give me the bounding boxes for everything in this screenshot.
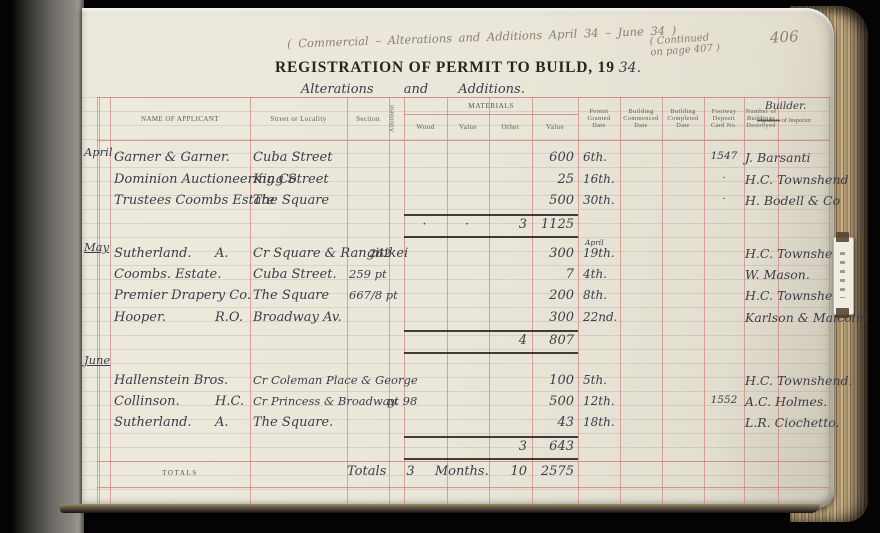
permit-granted-date: 12th. xyxy=(583,394,615,408)
ditto-dot: · xyxy=(447,217,487,232)
materials-value: 500 xyxy=(530,394,574,409)
facing-page-edge xyxy=(10,0,84,533)
subtotal-value: 807 xyxy=(530,333,574,348)
permit-granted-date: 6th. xyxy=(583,150,607,164)
header-other: Other xyxy=(489,123,532,131)
builder-name: L.R. Ciochetto. xyxy=(745,415,840,430)
subtotal-row: 4 807 xyxy=(97,333,830,354)
applicant-name: Hallenstein Bros. xyxy=(114,373,228,388)
materials-value: 43 xyxy=(530,415,574,430)
section-number: 262 xyxy=(369,246,391,260)
subtotal-rule xyxy=(404,214,578,216)
table-row: Trustees Coombs Estate The Square 500 30… xyxy=(97,193,830,214)
totals-handwritten-label: Totals 3 Months. xyxy=(347,464,489,479)
applicant-name: Premier Drapery Co. xyxy=(114,288,251,303)
materials-value: 100 xyxy=(530,373,574,388)
table-row: Sutherland. A. Cr Square & Rangitikei 26… xyxy=(97,246,830,267)
pencil-continued-note: ( Continued on page 407 ) xyxy=(649,32,720,59)
applicant-name: Collinson. xyxy=(114,394,180,409)
page-bottom-edge xyxy=(60,504,820,513)
header-value-1: Value xyxy=(447,123,489,131)
table-row: Garner & Garner. Cuba Street 600 6th. 15… xyxy=(97,150,830,171)
page-number: 406 xyxy=(770,27,800,46)
totals-value: 2575 xyxy=(530,464,574,479)
printed-title: REGISTRATION OF PERMIT TO BUILD, 19 xyxy=(275,59,615,76)
applicant-initials: A. xyxy=(215,246,229,261)
table-row: Hallenstein Bros. Cr Coleman Place & Geo… xyxy=(97,373,830,394)
header-value-2: Value xyxy=(532,123,578,131)
street-or-locality: Cr Coleman Place & George xyxy=(253,373,418,387)
materials-value: 7 xyxy=(530,267,574,282)
street-or-locality: Cuba Street xyxy=(253,150,332,165)
subtotal-count: 4 xyxy=(489,333,527,348)
ditto-dot: · xyxy=(404,217,445,232)
subtotal-count: 3 xyxy=(489,217,527,232)
table-row: Hooper. R.O. Broadway Av. 300 22nd. Karl… xyxy=(97,310,830,331)
totals-printed-label: TOTALS xyxy=(110,469,250,477)
permit-granted-date: 22nd. xyxy=(583,310,618,324)
applicant-initials: A. xyxy=(215,415,229,430)
applicant-name: Hooper. xyxy=(114,310,166,325)
permit-granted-date: 4th. xyxy=(583,267,607,281)
subtotal-rule xyxy=(404,436,578,438)
table-row: Sutherland. A. The Square. 43 18th. L.R.… xyxy=(97,415,830,436)
applicant-name: Coombs. Estate. xyxy=(114,267,221,282)
ledger-page: ( Commercial – Alterations and Additions… xyxy=(82,8,834,508)
header-materials: MATERIALS xyxy=(404,102,578,110)
materials-value: 500 xyxy=(530,193,574,208)
street-or-locality: Cr Princess & Broadway. xyxy=(253,394,398,408)
street-or-locality: The Square xyxy=(253,193,329,208)
totals-count: 10 xyxy=(489,464,527,479)
permit-granted-date: 18th. xyxy=(583,415,615,429)
subtotal-value: 643 xyxy=(530,439,574,454)
header-builder-handwritten: Builder. xyxy=(765,100,845,112)
header-signature-of-inspector: Signature of Inspector xyxy=(757,118,847,124)
table-row: Premier Drapery Co. The Square 667/8 pt … xyxy=(97,288,830,309)
applicant-name: Garner & Garner. xyxy=(114,150,230,165)
page-subtitle: Alterations and Additions. xyxy=(82,82,744,97)
builder-name: A.C. Holmes. xyxy=(745,394,827,409)
table-row: Collinson. H.C. Cr Princess & Broadway. … xyxy=(97,394,830,415)
builder-name: J. Barsanti xyxy=(745,150,811,165)
header-bottom-rule xyxy=(97,140,830,141)
street-or-locality: King Street xyxy=(253,172,329,187)
header-section: Section xyxy=(347,115,389,123)
footway-card-number: 1547 xyxy=(704,150,744,162)
materials-value: 25 xyxy=(530,172,574,187)
index-tab xyxy=(833,237,854,315)
builder-name: W. Mason. xyxy=(745,267,810,282)
header-top-rule xyxy=(97,97,830,98)
header-building-completed: Building Completed Date xyxy=(662,109,704,129)
street-or-locality: Cuba Street. xyxy=(253,267,337,282)
header-building-commenced: Building Commenced Date xyxy=(620,109,662,129)
month-label-june: June xyxy=(84,353,126,367)
subtotal-rule xyxy=(404,236,578,238)
applicant-initials: R.O. xyxy=(215,310,243,325)
materials-value: 200 xyxy=(530,288,574,303)
header-street-or-locality: Street or Locality xyxy=(250,115,347,123)
materials-divider xyxy=(404,114,578,115)
section-number: 259 pt xyxy=(349,267,387,281)
applicant-name: Sutherland. xyxy=(114,246,192,261)
header-name-of-applicant: NAME OF APPLICANT xyxy=(110,115,250,123)
permit-granted-date: 8th. xyxy=(583,288,607,302)
permit-granted-date: 19th. xyxy=(583,246,615,260)
subtotal-row: · · 3 1125 xyxy=(97,217,830,238)
tab-smudge xyxy=(836,308,849,318)
totals-bottom-rule xyxy=(97,487,830,488)
page-title: REGISTRATION OF PERMIT TO BUILD, 19 34. xyxy=(82,59,834,77)
subtotal-count: 3 xyxy=(489,439,527,454)
materials-value: 300 xyxy=(530,246,574,261)
street-or-locality: Broadway Av. xyxy=(253,310,342,325)
tab-smudge xyxy=(836,232,849,242)
header-footway-deposit: Footway Deposit Card No. xyxy=(704,109,744,129)
totals-top-rule xyxy=(97,461,830,462)
header-allotment: Allotment xyxy=(389,99,404,140)
section-number: pt 98 xyxy=(387,394,417,408)
permit-granted-date: 16th. xyxy=(583,172,615,186)
applicant-name: Sutherland. xyxy=(114,415,192,430)
materials-value: 600 xyxy=(530,150,574,165)
subtotal-value: 1125 xyxy=(530,217,574,232)
tab-handwriting-marks xyxy=(840,252,845,298)
street-or-locality: The Square. xyxy=(253,415,333,430)
footway-card-number: 1552 xyxy=(704,394,744,406)
applicant-name: Trustees Coombs Estate xyxy=(114,193,274,208)
builder-name: H.C. Townshend xyxy=(745,172,849,187)
subtotal-rule xyxy=(404,330,578,332)
subtotal-rule xyxy=(404,458,578,460)
handwritten-year: 34. xyxy=(619,60,641,76)
materials-value: 300 xyxy=(530,310,574,325)
subtotal-rule xyxy=(404,352,578,354)
pencil-annotation: ( Commercial – Alterations and Additions… xyxy=(287,23,677,51)
permit-granted-date: 30th. xyxy=(583,193,615,207)
footway-card-number: · xyxy=(704,172,744,184)
applicant-initials: H.C. xyxy=(215,394,244,409)
permit-granted-date: 5th. xyxy=(583,373,607,387)
footway-card-number: · xyxy=(704,193,744,205)
photograph-background: ( Commercial – Alterations and Additions… xyxy=(0,0,880,533)
builder-name: H. Bodell & Co xyxy=(745,193,840,208)
table-row: Dominion Auctioneering Co King Street 25… xyxy=(97,172,830,193)
builder-name: H.C. Townshend. xyxy=(745,373,852,388)
header-wood: Wood xyxy=(404,123,447,131)
totals-row: TOTALS Totals 3 Months. 10 2575 xyxy=(97,464,830,485)
subtotal-row: 3 643 xyxy=(97,439,830,460)
section-number: 667/8 pt xyxy=(349,288,398,302)
street-or-locality: The Square xyxy=(253,288,329,303)
header-permit-granted: Permit Granted Date xyxy=(578,109,620,129)
table-row: Coombs. Estate. Cuba Street. 259 pt 7 4t… xyxy=(97,267,830,288)
permits-table: NAME OF APPLICANT Street or Locality Sec… xyxy=(97,97,830,512)
